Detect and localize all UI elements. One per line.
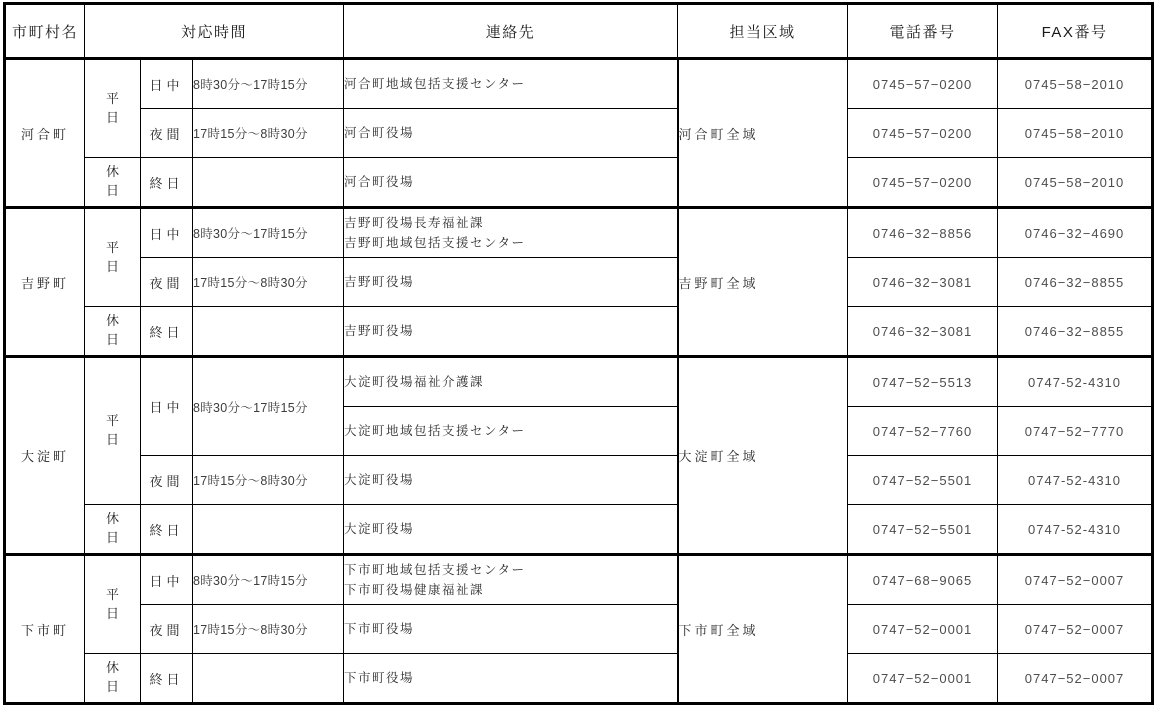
contact-cell: 大淀町役場 [344,456,678,505]
fax-cell: 0745−58−2010 [998,158,1153,208]
time-cell [193,654,344,704]
table-row: 大淀町平日日中8時30分〜17時15分大淀町役場福祉介護課大淀町全域0747−5… [5,357,1153,407]
slot-cell: 終日 [141,158,193,208]
slot-cell: 終日 [141,307,193,357]
contact-cell: 大淀町役場 [344,505,678,555]
table-row: 下市町平日日中8時30分〜17時15分下市町地域包括支援センター下市町役場健康福… [5,555,1153,605]
phone-cell: 0747−52−0001 [848,654,998,704]
table-row: 休日終日河合町役場0745−57−02000745−58−2010 [5,158,1153,208]
daytype-cell: 休日 [85,158,141,208]
phone-cell: 0747−52−7760 [848,407,998,456]
time-cell: 8時30分〜17時15分 [193,59,344,109]
daytype-cell: 休日 [85,505,141,555]
municipality-cell: 大淀町 [5,357,85,555]
daytype-cell: 休日 [85,307,141,357]
contact-cell: 下市町役場 [344,654,678,704]
contact-cell: 下市町地域包括支援センター下市町役場健康福祉課 [344,555,678,605]
header-area: 担当区域 [678,4,848,59]
fax-cell: 0746−32−8855 [998,258,1153,307]
fax-cell: 0747-52-4310 [998,357,1153,407]
municipality-cell: 下市町 [5,555,85,704]
phone-cell: 0746−32−3081 [848,258,998,307]
phone-cell: 0747−52−5513 [848,357,998,407]
fax-cell: 0747-52-4310 [998,505,1153,555]
table-row: 河合町平日日中8時30分〜17時15分河合町地域包括支援センター河合町全域074… [5,59,1153,109]
municipality-cell: 河合町 [5,59,85,208]
phone-cell: 0747−52−0001 [848,605,998,654]
header-phone: 電話番号 [848,4,998,59]
area-cell: 大淀町全域 [678,357,848,555]
time-cell: 17時15分〜8時30分 [193,456,344,505]
area-cell: 吉野町全域 [678,208,848,357]
header-hours: 対応時間 [85,4,344,59]
time-cell [193,158,344,208]
phone-cell: 0747−52−5501 [848,505,998,555]
header-fax: FAX番号 [998,4,1153,59]
slot-cell: 日中 [141,208,193,258]
time-cell [193,505,344,555]
daytype-cell: 平日 [85,208,141,307]
time-cell: 8時30分〜17時15分 [193,357,344,456]
time-cell: 17時15分〜8時30分 [193,258,344,307]
phone-cell: 0746−32−8856 [848,208,998,258]
fax-cell: 0747−52−7770 [998,407,1153,456]
contact-cell: 大淀町役場福祉介護課 [344,357,678,407]
daytype-cell: 平日 [85,59,141,158]
header-contact: 連絡先 [344,4,678,59]
slot-cell: 日中 [141,59,193,109]
time-cell: 8時30分〜17時15分 [193,208,344,258]
fax-cell: 0747−52−0007 [998,555,1153,605]
slot-cell: 夜間 [141,456,193,505]
fax-cell: 0745−58−2010 [998,59,1153,109]
slot-cell: 終日 [141,505,193,555]
table-row: 夜間17時15分〜8時30分河合町役場0745−57−02000745−58−2… [5,109,1153,158]
fax-cell: 0745−58−2010 [998,109,1153,158]
phone-cell: 0745−57−0200 [848,59,998,109]
slot-cell: 日中 [141,357,193,456]
phone-cell: 0747−68−9065 [848,555,998,605]
phone-cell: 0745−57−0200 [848,109,998,158]
fax-cell: 0747−52−0007 [998,654,1153,704]
table-row: 休日終日大淀町役場0747−52−55010747-52-4310 [5,505,1153,555]
table-body: 河合町平日日中8時30分〜17時15分河合町地域包括支援センター河合町全域074… [5,59,1153,704]
municipal-contact-table: 市町村名 対応時間 連絡先 担当区域 電話番号 FAX番号 河合町平日日中8時3… [3,2,1154,705]
contact-cell: 河合町地域包括支援センター [344,59,678,109]
contact-cell: 吉野町役場 [344,258,678,307]
table-row: 夜間17時15分〜8時30分大淀町役場0747−52−55010747-52-4… [5,456,1153,505]
time-cell: 17時15分〜8時30分 [193,109,344,158]
slot-cell: 夜間 [141,109,193,158]
table-row: 休日終日吉野町役場0746−32−30810746−32−8855 [5,307,1153,357]
slot-cell: 終日 [141,654,193,704]
table-row: 夜間17時15分〜8時30分下市町役場0747−52−00010747−52−0… [5,605,1153,654]
fax-cell: 0747−52−0007 [998,605,1153,654]
phone-cell: 0746−32−3081 [848,307,998,357]
phone-cell: 0747−52−5501 [848,456,998,505]
fax-cell: 0746−32−4690 [998,208,1153,258]
time-cell [193,307,344,357]
daytype-cell: 休日 [85,654,141,704]
header-row: 市町村名 対応時間 連絡先 担当区域 電話番号 FAX番号 [5,4,1153,59]
table-row: 休日終日下市町役場0747−52−00010747−52−0007 [5,654,1153,704]
phone-cell: 0745−57−0200 [848,158,998,208]
document-page: 市町村名 対応時間 連絡先 担当区域 電話番号 FAX番号 河合町平日日中8時3… [0,0,1158,707]
contact-cell: 吉野町役場長寿福祉課吉野町地域包括支援センター [344,208,678,258]
contact-cell: 下市町役場 [344,605,678,654]
fax-cell: 0747-52-4310 [998,456,1153,505]
municipality-cell: 吉野町 [5,208,85,357]
daytype-cell: 平日 [85,357,141,505]
slot-cell: 夜間 [141,258,193,307]
fax-cell: 0746−32−8855 [998,307,1153,357]
contact-cell: 河合町役場 [344,158,678,208]
time-cell: 17時15分〜8時30分 [193,605,344,654]
slot-cell: 夜間 [141,605,193,654]
contact-cell: 吉野町役場 [344,307,678,357]
contact-cell: 大淀町地域包括支援センター [344,407,678,456]
time-cell: 8時30分〜17時15分 [193,555,344,605]
table-row: 夜間17時15分〜8時30分吉野町役場0746−32−30810746−32−8… [5,258,1153,307]
area-cell: 下市町全域 [678,555,848,704]
header-municipality: 市町村名 [5,4,85,59]
slot-cell: 日中 [141,555,193,605]
table-row: 吉野町平日日中8時30分〜17時15分吉野町役場長寿福祉課吉野町地域包括支援セン… [5,208,1153,258]
contact-cell: 河合町役場 [344,109,678,158]
daytype-cell: 平日 [85,555,141,654]
area-cell: 河合町全域 [678,59,848,208]
